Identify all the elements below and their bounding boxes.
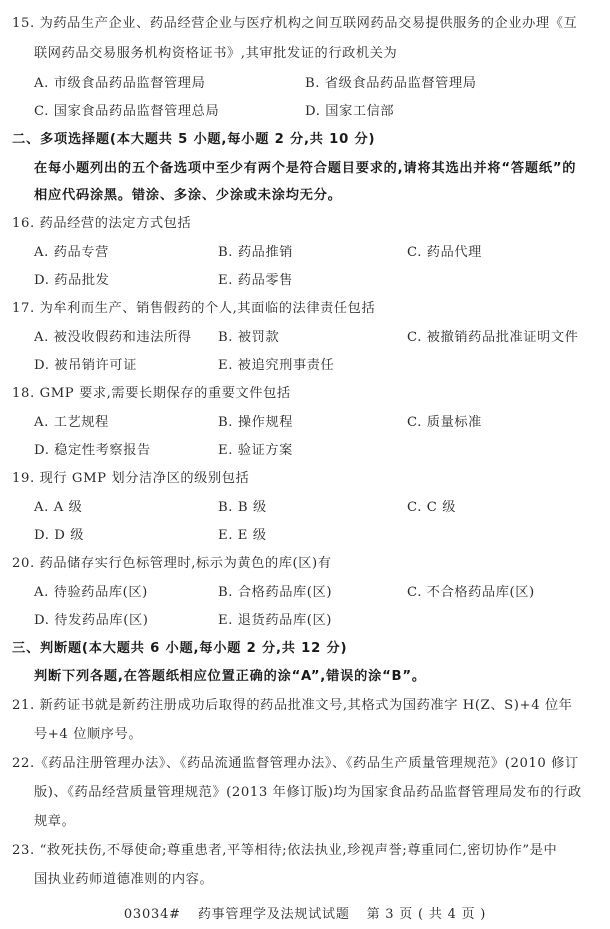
q17-option-e: E. 被追究刑事责任 xyxy=(218,354,334,373)
question-18-stem: 18. GMP 要求,需要长期保存的重要文件包括 xyxy=(12,382,291,401)
question-21-line-2: 号+4 位顺序号。 xyxy=(34,723,142,742)
question-21-line-1: 21. 新药证书就是新药注册成功后取得的药品批准文号,其格式为国药准字 H(Z、… xyxy=(12,694,573,713)
q20-option-e: E. 退货药品库(区) xyxy=(218,609,332,628)
q17-option-a: A. 被没收假药和违法所得 xyxy=(34,326,192,345)
q17-option-d: D. 被吊销许可证 xyxy=(34,354,137,373)
q18-option-b: B. 操作规程 xyxy=(218,411,293,430)
q19-option-b: B. B 级 xyxy=(218,496,267,515)
section-2-title: 二、多项选择题(本大题共 5 小题,每小题 2 分,共 10 分) xyxy=(12,128,375,147)
question-22-line-2: 版)、《药品经营质量管理规范》(2013 年修订版)均为国家食品药品监督管理局发… xyxy=(34,781,582,800)
q20-option-b: B. 合格药品库(区) xyxy=(218,581,332,600)
question-23-line-1: 23. “救死扶伤,不辱使命;尊重患者,平等相待;依法执业,珍视声誉;尊重同仁,… xyxy=(12,839,557,858)
question-15-line-2: 联网药品交易服务机构资格证书》,其审批发证的行政机关为 xyxy=(34,42,397,61)
section-2-instructions-line-1: 在每小题列出的五个备选项中至少有两个是符合题目要求的,请将其选出并将“答题纸”的 xyxy=(34,157,576,176)
section-2-instructions-line-2: 相应代码涂黑。错涂、多涂、少涂或未涂均无分。 xyxy=(34,184,342,203)
q15-option-b: B. 省级食品药品监督管理局 xyxy=(305,72,477,91)
q18-option-a: A. 工艺规程 xyxy=(34,411,109,430)
q17-option-b: B. 被罚款 xyxy=(218,326,279,345)
question-15-line-1: 15. 为药品生产企业、药品经营企业与医疗机构之间互联网药品交易提供服务的企业办… xyxy=(12,12,577,31)
question-23-line-2: 国执业药师道德准则的内容。 xyxy=(34,868,213,887)
q15-option-d: D. 国家工信部 xyxy=(305,100,394,119)
question-22-line-3: 规章。 xyxy=(34,810,75,829)
q16-option-e: E. 药品零售 xyxy=(218,269,293,288)
q16-option-c: C. 药品代理 xyxy=(407,241,482,260)
q18-option-e: E. 验证方案 xyxy=(218,439,293,458)
q16-option-a: A. 药品专营 xyxy=(34,241,109,260)
question-19-stem: 19. 现行 GMP 划分洁净区的级别包括 xyxy=(12,467,249,486)
page-footer: 03034# 药事管理学及法规试试题 第 3 页 ( 共 4 页 ) xyxy=(0,903,610,922)
q17-option-c: C. 被撤销药品批准证明文件 xyxy=(407,326,578,345)
q16-option-d: D. 药品批发 xyxy=(34,269,109,288)
question-17-stem: 17. 为牟利而生产、销售假药的个人,其面临的法律责任包括 xyxy=(12,297,375,316)
question-22-line-1: 22.《药品注册管理办法》、《药品流通监督管理办法》、《药品生产质量管理规范》(… xyxy=(12,752,579,771)
q19-option-d: D. D 级 xyxy=(34,524,84,543)
q20-option-c: C. 不合格药品库(区) xyxy=(407,581,535,600)
exam-title: 药事管理学及法规试试题 xyxy=(198,907,350,922)
q16-option-b: B. 药品推销 xyxy=(218,241,293,260)
q19-option-a: A. A 级 xyxy=(34,496,82,515)
q15-option-c: C. 国家食品药品监督管理总局 xyxy=(34,100,219,119)
q15-option-a: A. 市级食品药品监督管理局 xyxy=(34,72,205,91)
q20-option-d: D. 待发药品库(区) xyxy=(34,609,149,628)
question-20-stem: 20. 药品储存实行色标管理时,标示为黄色的库(区)有 xyxy=(12,552,332,571)
section-3-instructions: 判断下列各题,在答题纸相应位置正确的涂“A”,错误的涂“B”。 xyxy=(34,665,426,684)
q20-option-a: A. 待验药品库(区) xyxy=(34,581,148,600)
q18-option-c: C. 质量标准 xyxy=(407,411,482,430)
exam-code: 03034# xyxy=(124,907,181,922)
question-16-stem: 16. 药品经营的法定方式包括 xyxy=(12,212,191,231)
page-number: 第 3 页 ( 共 4 页 ) xyxy=(367,907,487,922)
section-3-title: 三、判断题(本大题共 6 小题,每小题 2 分,共 12 分) xyxy=(12,637,347,656)
q19-option-c: C. C 级 xyxy=(407,496,456,515)
q18-option-d: D. 稳定性考察报告 xyxy=(34,439,151,458)
q19-option-e: E. E 级 xyxy=(218,524,267,543)
